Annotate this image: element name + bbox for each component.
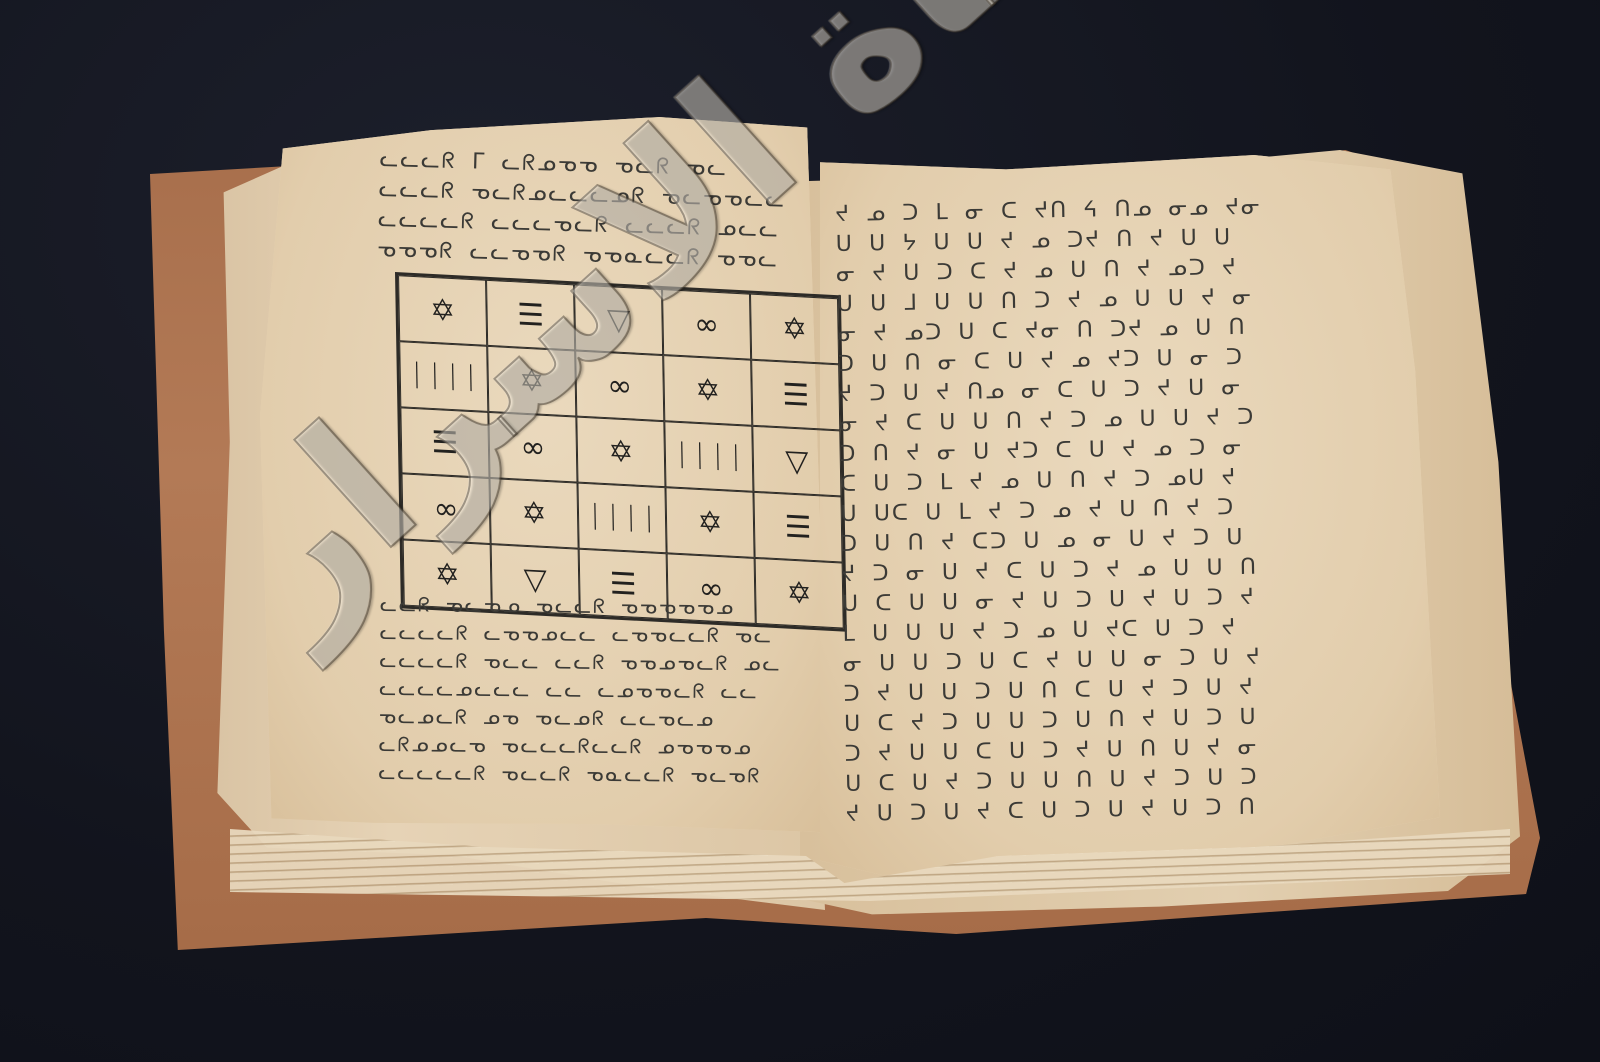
text-line: ᓚᓚᖇ ᓀᓚᓀᓄ ᓀᓚᓚᖇ ᓀᓀᓀᓀᓀᓄ — [380, 590, 782, 622]
left-page-bottom-text: ᓚᓚᖇ ᓀᓚᓀᓄ ᓀᓚᓚᖇ ᓀᓀᓀᓀᓀᓄ ᓚᓚᓚᓚᖇ ᓚᓀᓀᓄᓚᓚ ᓚᓀᓀᓚᓚᖇ… — [378, 590, 782, 790]
grid-cell-star-icon: ✡ — [663, 355, 752, 426]
text-line: ᓚᓚᓚᓚᖇ ᓀᓚᓚ ᓚᓚᖇ ᓀᓀᓄᓀᓚᖇ ᓄᓚ — [379, 646, 781, 678]
grid-cell-tally-icon: ᛁᛁᛁᛁ — [664, 421, 753, 492]
grid-cell-star-icon: ✡ — [665, 487, 754, 558]
text-line: ᓚᓚᓚᓚᖇ ᓚᓀᓀᓄᓚᓚ ᓚᓀᓀᓚᓚᖇ ᓀᓚ — [380, 618, 782, 650]
grid-cell-bars-icon: ☰ — [751, 360, 840, 431]
text-line: ᓚᓚᓚᓚᓚᖇ ᓀᓚᓚᖇ ᓀᓇᓚᓚᖇ ᓀᓚᓀᖇ — [378, 758, 780, 790]
right-page-text: ᔪ ᓄ ᑐ ᒪ ᓂ ᑕ ᔪᑎ ᔦ ᑎᓄ ᓂᓄ ᔪᓂ ᑌ ᑌ ᔭ ᑌ ᑌ ᔪ ᓄ … — [835, 193, 1273, 830]
text-line: ᓚᖇᓄᓄᓚᓀ ᓀᓚᓚᓚᖇᓚᓚᖇ ᓄᓀᓀᓀᓄ — [379, 730, 781, 762]
grid-cell-tally-icon: ᛁᛁᛁᛁ — [577, 483, 666, 554]
text-line: ᓀᓚᓄᓚᖇ ᓄᓀ ᓀᓚᓄᖇ ᓚᓚᓀᓚᓄ — [379, 702, 781, 734]
grid-cell-star-icon: ✡ — [750, 294, 839, 365]
photo-scene: ᓚᓚᓚᖇ ᒥ ᓚᖇᓄᓀᓀ ᓀᓚᖇ ᓀᓚ ᓚᓚᓚᖇ ᓀᓚᖇᓄᓚᓚᓚᓄᖇ ᓀᓚᓀᓀᓚ… — [0, 0, 1600, 1062]
grid-cell-triangle-icon: ▽ — [752, 426, 841, 497]
text-line: ᓚᓚᓚᓚᓄᓚᓚᓚ ᓚᓚ ᓚᓄᓀᓀᓚᖇ ᓚᓚ — [379, 674, 781, 706]
grid-cell-bars-icon: ☰ — [753, 492, 842, 563]
